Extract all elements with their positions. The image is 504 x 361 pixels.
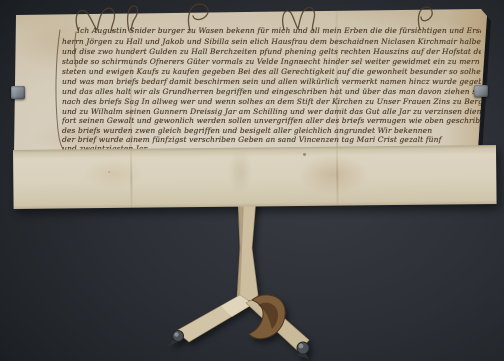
- stain-speck: [303, 153, 306, 156]
- fold-crease: [130, 149, 133, 208]
- fastening-pin-right: [297, 342, 309, 354]
- plica-fold: [13, 145, 497, 209]
- mount-clip-right: [474, 85, 488, 97]
- stain-speck: [108, 171, 110, 173]
- pin-highlight: [299, 344, 304, 349]
- stain: [228, 149, 252, 193]
- stain: [83, 159, 143, 190]
- mount-clip-left: [11, 86, 25, 99]
- photo-background: Ich Augustin Snider burger zu Wasen beke…: [0, 0, 504, 361]
- stain: [298, 154, 368, 195]
- pin-highlight: [174, 332, 178, 336]
